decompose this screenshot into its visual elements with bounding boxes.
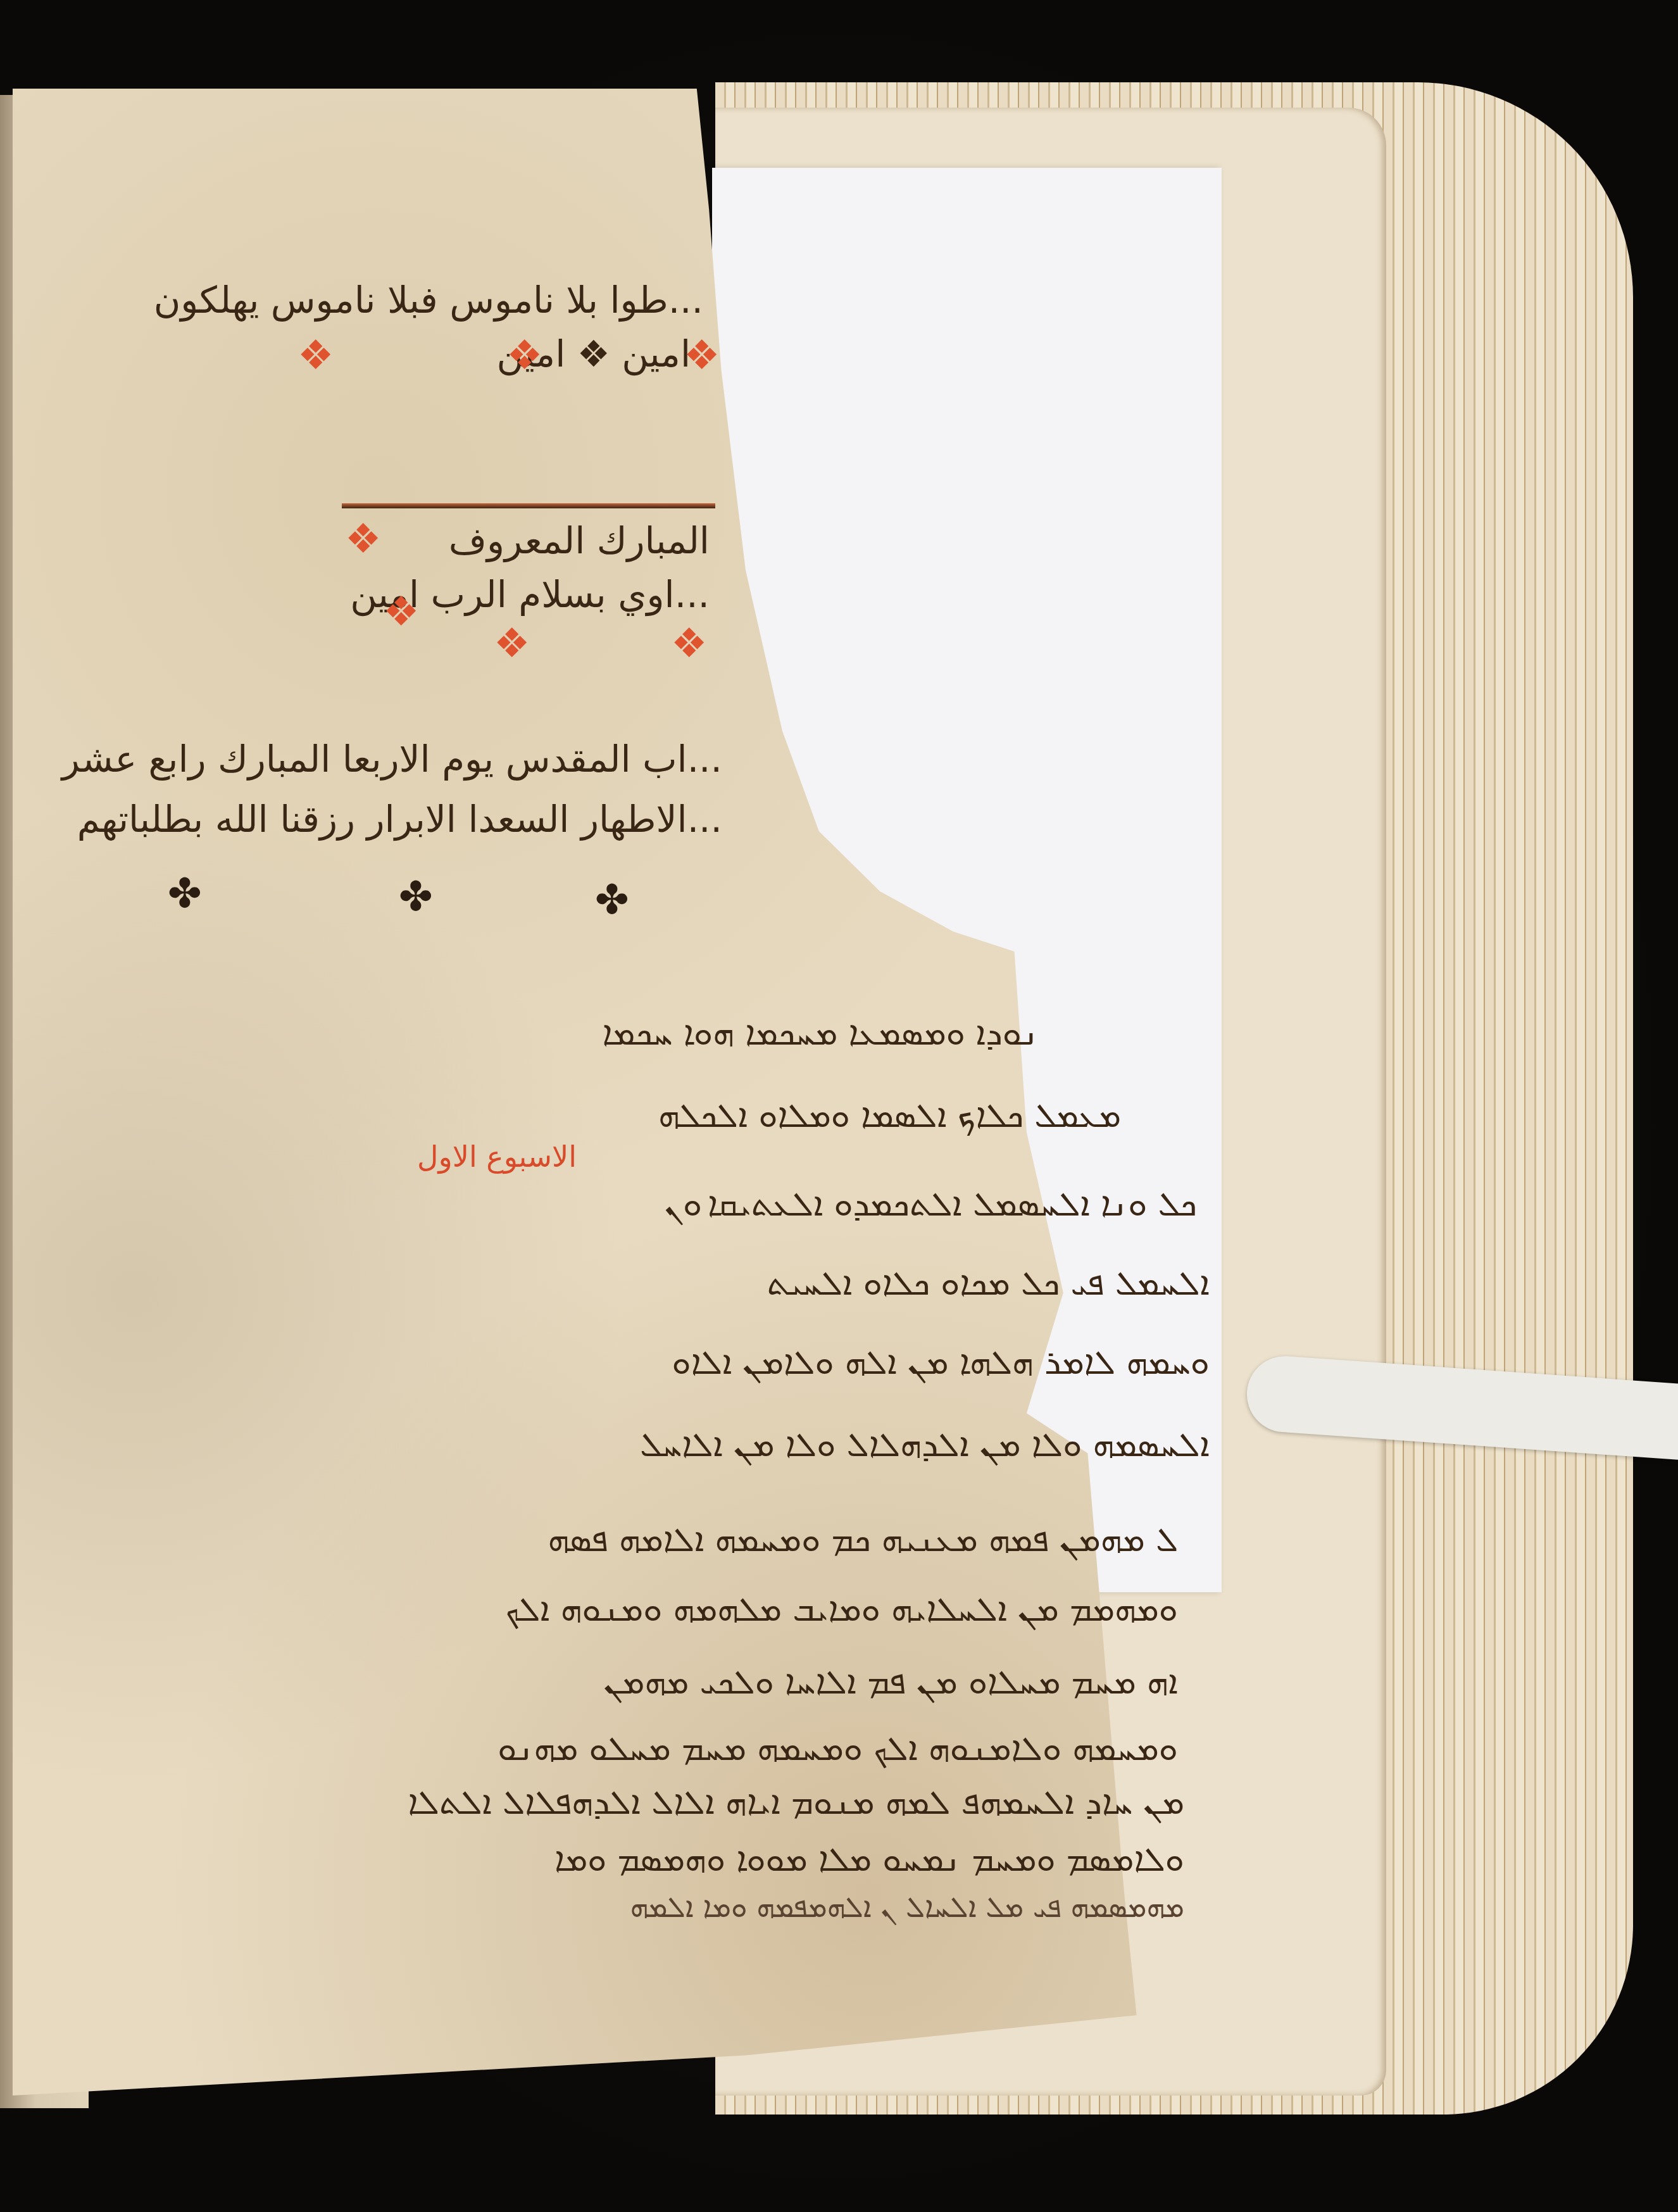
garshuni-line: ܡܢ ܚܐܕ ܐܠܚܡܗܦ ܠܡܗ ܡܢܘܡ ܐܝܐܗ ܐܠܐܠ ܐܠܕܗܦܠܐ… <box>408 1782 1184 1823</box>
red-ornament: ❖ <box>345 519 381 560</box>
red-ornament: ❖ <box>506 336 542 376</box>
black-ornament: ✤ <box>595 880 629 921</box>
garshuni-line: ܘܚܡܗ ܠܐܡܪ ܗܠܗܐ ܡܢ ܐܠܗ ܘܠܐܡܢ ܐܠܐܘ <box>672 1342 1210 1383</box>
red-ornament: ❖ <box>297 336 334 376</box>
red-ornament: ❖ <box>494 624 530 664</box>
garshuni-line: ܡܥܡܠ ܟܠܐܟ ܐܠܣܡܐ ܘܡܠܐܘ ܐܠܟܠܗ <box>658 1095 1121 1136</box>
title-line-1: ...اب المقدس يوم الاربعا المبارك رابع عش… <box>62 738 722 781</box>
garshuni-line: ܘܡܗܡܡ ܡܢ ܐܠܚܠܐܝܗ ܘܡܐܝܒ ܡܠܗܡܗ ܘܡܢܘܗ ܐܠܟ <box>506 1589 1178 1630</box>
garshuni-line: ܠ ܡܗܡܢ ܦܡܗ ܡܥܢܝܗ ܟܡ ܘܡܚܡܗ ܐܠܐܡܗ ܦܣܗ <box>548 1519 1179 1560</box>
arabic-line-1: ...طوا بلا ناموس فبلا ناموس يهلكون <box>154 279 703 322</box>
black-ornament: ✤ <box>168 874 202 914</box>
heading-line-1: المبارك المعروف <box>449 519 710 562</box>
garshuni-line: ܢܘܕܐ ܘܡܣܡܥܐ ܡܚܟܡܐ ܗܘܐ ܚܟܡܐ <box>603 1013 1039 1053</box>
red-ornament: ❖ <box>684 336 720 376</box>
red-ornament: ❖ <box>671 624 707 664</box>
title-line-2: ...الاطهار السعدا الابرار رزقنا الله بطل… <box>77 798 722 841</box>
garshuni-line: ܟܠ ܘܢܐ ܐܠܚܣܡܠ ܐܠܬܟܡܕܘ ܐܠܥܬܝܩܐ ܘܢ <box>664 1184 1197 1224</box>
red-ornament: ❖ <box>383 592 419 632</box>
rubric: الاسبوع الاول <box>417 1140 577 1174</box>
garshuni-line: ܘܡܚܡܗ ܘܠܐܡܢܘܗ ܐܠܟ ܘܡܚܡܗ ܡܚܡ ܡܚܠܘ ܡܗܢܘ <box>498 1728 1178 1769</box>
section-divider-rule <box>342 503 715 508</box>
garshuni-line: ܡܗܡܣܡܗ ܦܝ ܡܠ ܐܠܚܐܠ ܢ ܐܠܗܡܦܡܗ ܘܡܐ ܐܠܡܗ <box>630 1890 1184 1925</box>
garshuni-line: ܐܠܚܣܡܗ ܘܠܐ ܡܢ ܐܠܕܗܠܐܠ ܘܠܐ ܡܢ ܐܠܐܚܠ <box>640 1424 1210 1465</box>
garshuni-line: ܐܠܚܡܠ ܦܝ ܟܠ ܡܟܐܘ ܟܠܐܘ ܐܠܚܝܬ <box>767 1263 1210 1304</box>
garshuni-line: ܘܠܐܡܣܡ ܘܡܚܡ ܢܡܚܘ ܡܠܐ ܡܘܘܐ ܘܗܡܣܡ ܘܡܐ <box>554 1839 1184 1880</box>
garshuni-line: ܐܗ ܡܚܡ ܡܚܠܐܘ ܡܢ ܦܡ ܐܠܐܚܐ ܘܠܟܝ ܡܗܡܢ <box>604 1662 1178 1702</box>
black-ornament: ✤ <box>399 877 433 917</box>
